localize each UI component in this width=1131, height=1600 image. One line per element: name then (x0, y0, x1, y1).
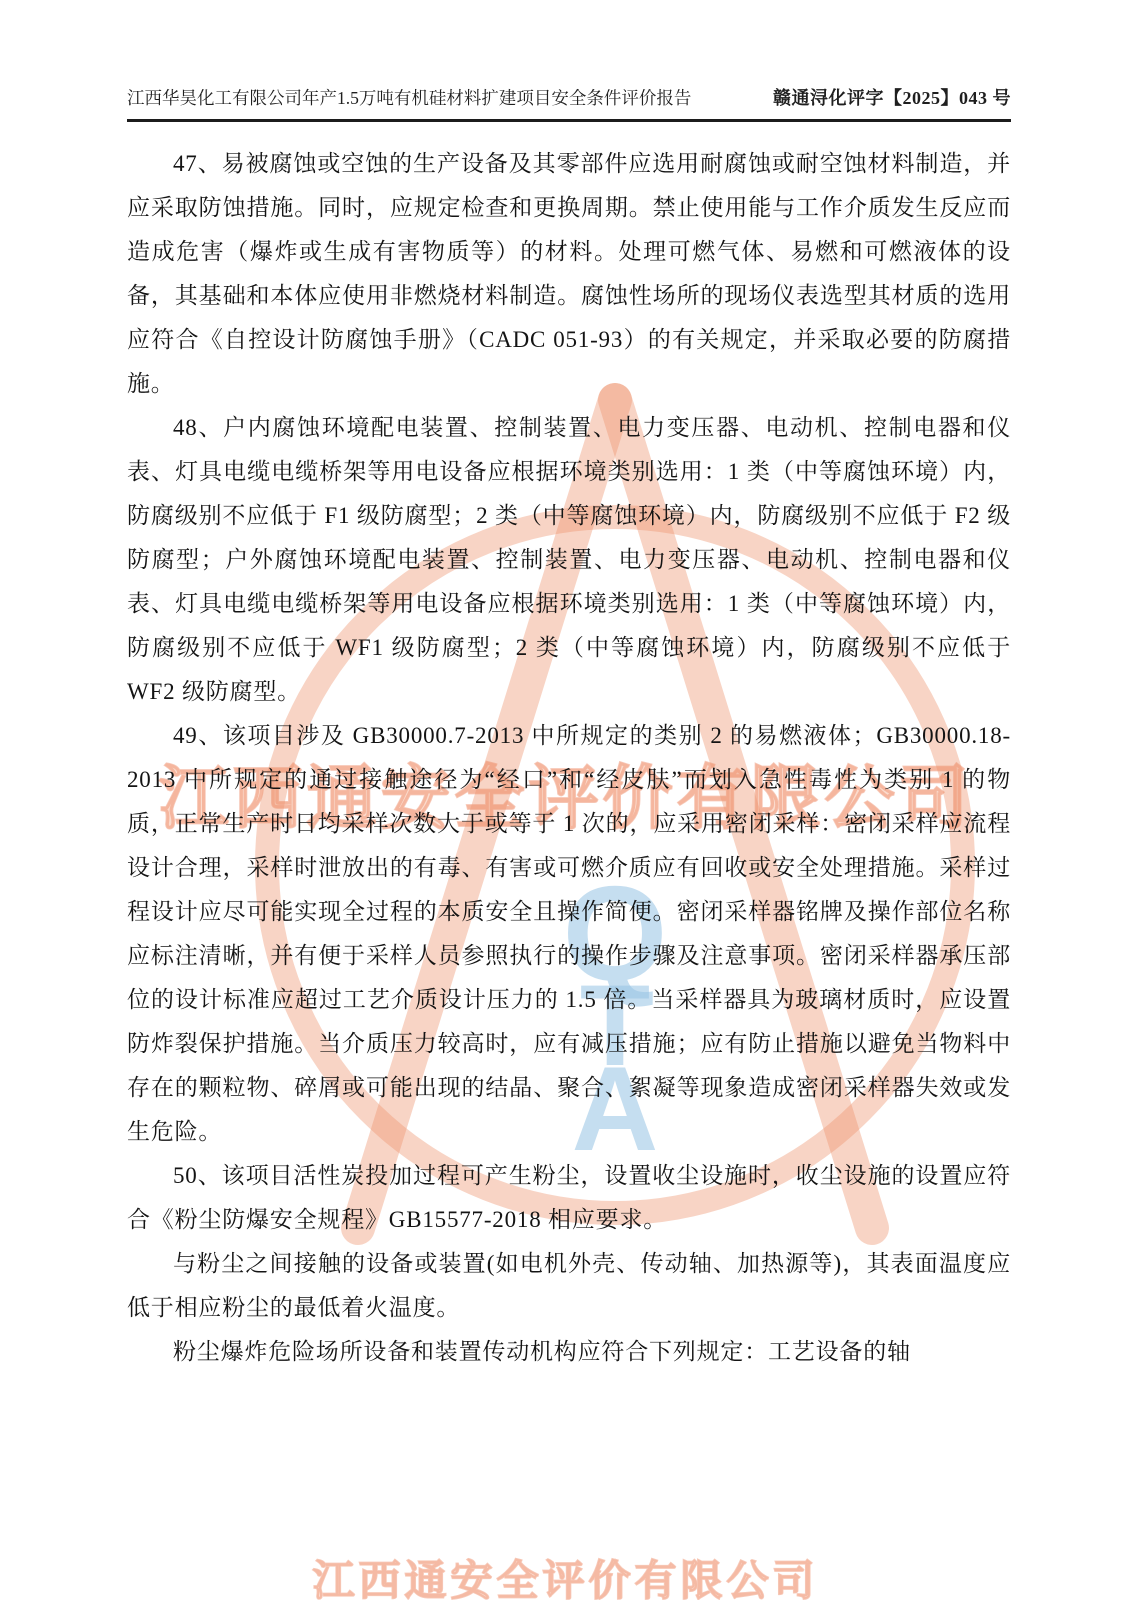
paragraph-48: 48、户内腐蚀环境配电装置、控制装置、电力变压器、电动机、控制电器和仪表、灯具电… (127, 406, 1011, 714)
paragraph-49: 49、该项目涉及 GB30000.7-2013 中所规定的类别 2 的易燃液体；… (127, 714, 1011, 1154)
watermark-company-text-bottom: 江西通安全评价有限公司 (0, 1548, 1131, 1600)
paragraph-dust-explosion: 粉尘爆炸危险场所设备和装置传动机构应符合下列规定：工艺设备的轴 (127, 1330, 1011, 1374)
document-page: 江西通安全评价有限公司 Q T A 江西通安全评价有限公司 江西华昊化工有限公司… (0, 0, 1131, 1600)
document-body: 47、易被腐蚀或空蚀的生产设备及其零部件应选用耐腐蚀或耐空蚀材料制造，并应采取防… (127, 142, 1011, 1374)
paragraph-dust-contact: 与粉尘之间接触的设备或装置(如电机外壳、传动轴、加热源等)，其表面温度应低于相应… (127, 1242, 1011, 1330)
page-header: 江西华昊化工有限公司年产1.5万吨有机硅材料扩建项目安全条件评价报告 赣通浔化评… (127, 84, 1011, 122)
header-document-number: 赣通浔化评字【2025】043 号 (773, 84, 1011, 110)
paragraph-47: 47、易被腐蚀或空蚀的生产设备及其零部件应选用耐腐蚀或耐空蚀材料制造，并应采取防… (127, 142, 1011, 406)
header-report-title: 江西华昊化工有限公司年产1.5万吨有机硅材料扩建项目安全条件评价报告 (127, 85, 691, 110)
paragraph-50: 50、该项目活性炭投加过程可产生粉尘，设置收尘设施时，收尘设施的设置应符合《粉尘… (127, 1154, 1011, 1242)
